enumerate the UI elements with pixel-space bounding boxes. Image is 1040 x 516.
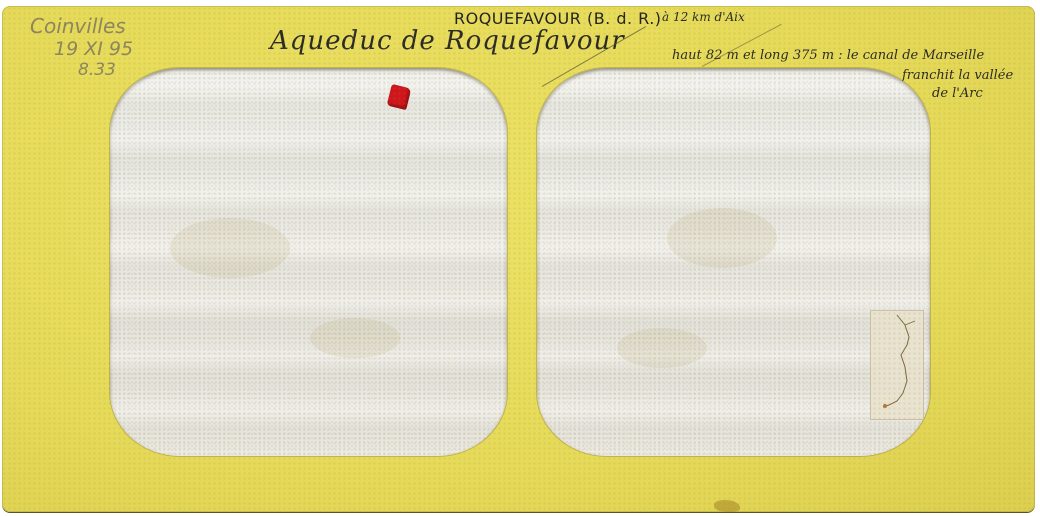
stereoview-card: Coinvilles 19 XI 95 8.33 ROQUEFAVOUR (B.… [2, 6, 1035, 512]
pencil-note-location: Coinvilles [30, 14, 126, 38]
title-distance: à 12 km d'Aix [662, 10, 745, 24]
crack-icon [871, 311, 923, 419]
script-title: Aqueduc de Roquefavour [270, 26, 625, 56]
tape-patch [870, 310, 924, 420]
pencil-note-date: 19 XI 95 [54, 38, 133, 60]
stereo-window-left [110, 68, 507, 456]
glue-stain [714, 500, 740, 512]
description-line-3: de l'Arc [932, 86, 983, 101]
